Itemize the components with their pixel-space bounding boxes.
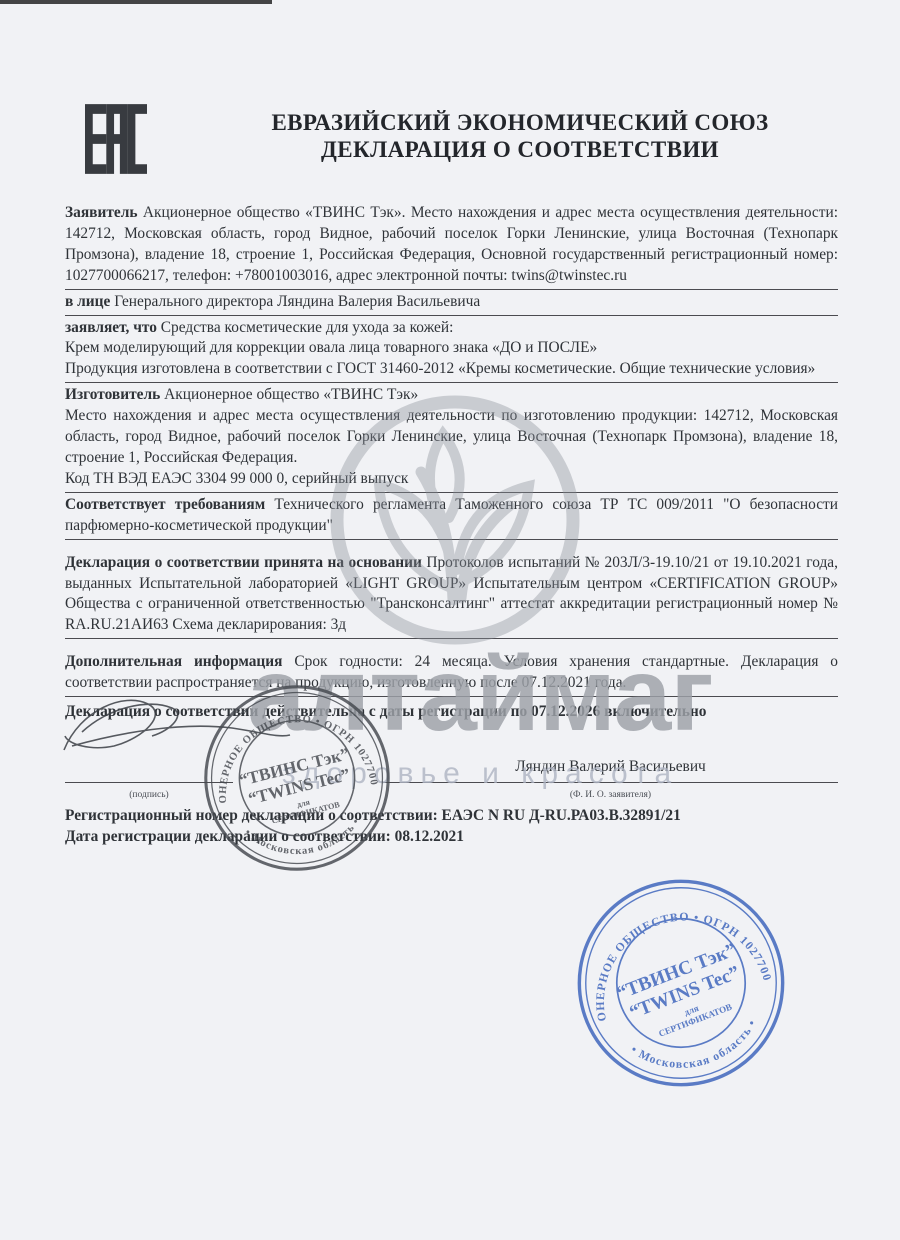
basis-lead: Декларация о соответствии принята на осн… [65,554,422,571]
document-title: ЕВРАЗИЙСКИЙ ЭКОНОМИЧЕСКИЙ СОЮЗ ДЕКЛАРАЦИ… [190,109,850,163]
compliance-lead: Соответствует требованиям [65,496,265,513]
stamp-blue-arc-bottom: • Московская область • [626,1015,766,1084]
union-name: ЕВРАЗИЙСКИЙ ЭКОНОМИЧЕСКИЙ СОЮЗ [190,109,850,136]
signature-block: (подпись) Ляндин Валерий Васильевич (Ф. … [65,757,838,806]
document-body: Заявитель Акционерное общество «ТВИНС Тэ… [65,203,838,848]
represented-by-text: Генерального директора Ляндина Валерия В… [114,293,480,310]
svg-text:• Московская область •: • Московская область • [626,1015,766,1084]
gost-reference: Продукция изготовлена в соответствии с Г… [65,359,838,380]
product-name: Крем моделирующий для коррекции овала ли… [65,338,838,359]
represented-by-lead: в лице [65,293,110,310]
declares-lead: заявляет, что [65,319,157,336]
stamp-blue-sub2: СЕРТИФИКАТОВ [657,1002,733,1039]
applicant-text: Акционерное общество «ТВИНС Тэк». Место … [65,204,838,284]
declaration-document: ЕВРАЗИЙСКИЙ ЭКОНОМИЧЕСКИЙ СОЮЗ ДЕКЛАРАЦИ… [0,0,900,1240]
stamp-blue-arc-top: АКЦИОНЕРНОЕ ОБЩЕСТВО • ОГРН 102770006621… [553,855,775,1028]
declaration-title: ДЕКЛАРАЦИЯ О СООТВЕТСТВИИ [190,136,850,163]
compliance-section: Соответствует требованиям Технического р… [65,495,838,540]
stamp-blue-line1: “ТВИНС Тэк” [614,940,739,1005]
applicant-lead: Заявитель [65,204,138,221]
eac-conformity-mark-icon [85,103,147,175]
basis-section: Декларация о соответствии принята на осн… [65,553,838,640]
declares-section: заявляет, что Средства косметические для… [65,318,838,384]
signer-caption: (Ф. И. О. заявителя) [383,783,838,806]
registration-date-line: Дата регистрации декларации о соответств… [65,827,838,848]
validity-statement: Декларация о соответствии действительна … [65,699,838,723]
manufacturer-name: Акционерное общество «ТВИНС Тэк» [164,386,418,403]
declares-intro: Средства косметические для ухода за коже… [161,319,454,336]
signature-field: (подпись) [65,772,233,806]
tnved-code: Код ТН ВЭД ЕАЭС 3304 99 000 0, серийный … [65,469,838,490]
scan-edge-artifact [0,0,272,4]
signature-caption: (подпись) [65,783,233,806]
additional-info-section: Дополнительная информация Срок годности:… [65,652,838,697]
svg-text:АКЦИОНЕРНОЕ ОБЩЕСТВО • ОГРН: АКЦИОНЕРНОЕ ОБЩЕСТВО • ОГРН 102770006621… [553,855,775,1028]
stamp-blue-sub1: для [683,1003,700,1018]
manufacturer-lead: Изготовитель [65,386,160,403]
stamp-blue-line2: “TWINS Tec” [627,962,743,1023]
manufacturer-address: Место нахождения и адрес места осуществл… [65,406,838,469]
manufacturer-section: Изготовитель Акционерное общество «ТВИНС… [65,385,838,493]
additional-info-lead: Дополнительная информация [65,653,283,670]
signer-name: Ляндин Валерий Васильевич [383,757,838,783]
company-stamp-blue: АКЦИОНЕРНОЕ ОБЩЕСТВО • ОГРН 102770006621… [553,855,810,1112]
applicant-section: Заявитель Акционерное общество «ТВИНС Тэ… [65,203,838,290]
signature-line [65,772,233,783]
represented-by-section: в лице Генерального директора Ляндина Ва… [65,292,838,316]
signer-field: Ляндин Валерий Васильевич (Ф. И. О. заяв… [383,757,838,806]
registration-number-line: Регистрационный номер декларации о соотв… [65,806,838,827]
